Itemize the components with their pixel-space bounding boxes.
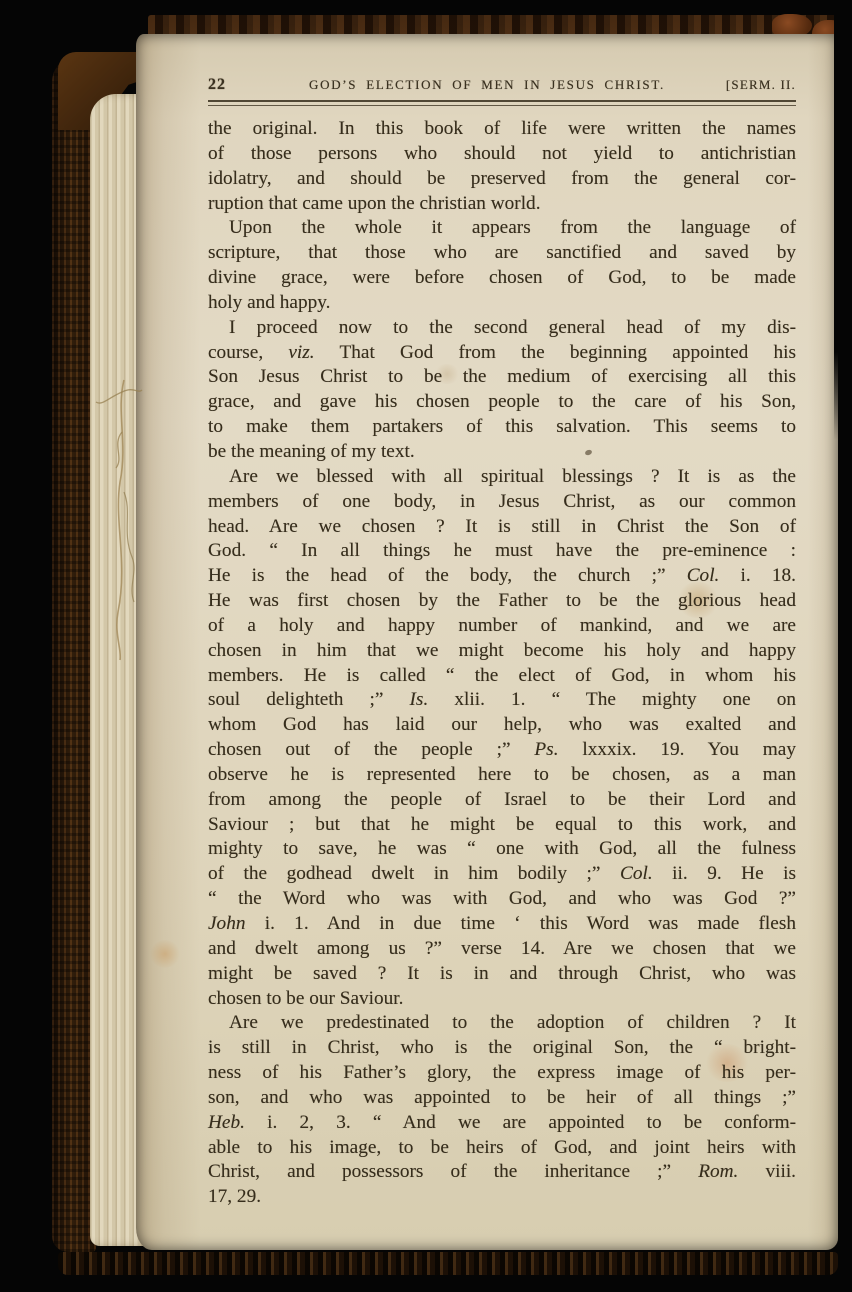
- page-header: 22 GOD’S ELECTION OF MEN IN JESUS CHRIST…: [208, 76, 796, 94]
- text-line: members of one body, in Jesus Christ, as…: [208, 490, 796, 515]
- text-line: from among the people of Israel to be th…: [208, 788, 796, 813]
- text-line: chosen out of the people ;” Ps. lxxxix. …: [208, 738, 796, 763]
- text-line: of those persons who should not yield to…: [208, 142, 796, 167]
- text-line: to make them partakers of this salvation…: [208, 415, 796, 440]
- text-line: members. He is called “ the elect of God…: [208, 664, 796, 689]
- book-page: 22 GOD’S ELECTION OF MEN IN JESUS CHRIST…: [136, 34, 838, 1250]
- text-line: and dwelt among us ?” verse 14. Are we c…: [208, 937, 796, 962]
- text-line: soul delighteth ;” Is. xlii. 1. “ The mi…: [208, 688, 796, 713]
- text-line: chosen in him that we might become his h…: [208, 639, 796, 664]
- text-line: the original. In this book of life were …: [208, 117, 796, 142]
- page-body: the original. In this book of life were …: [208, 117, 796, 1210]
- text-line: of a holy and happy number of mankind, a…: [208, 614, 796, 639]
- text-line: idolatry, and should be preserved from t…: [208, 167, 796, 192]
- text-line: whom God has laid our help, who was exal…: [208, 713, 796, 738]
- text-line: mighty to save, he was “ one with God, a…: [208, 837, 796, 862]
- text-line: grace, and gave his chosen people to the…: [208, 390, 796, 415]
- text-line: Son Jesus Christ to be the medium of exe…: [208, 365, 796, 390]
- text-line: 17, 29.: [208, 1185, 796, 1210]
- text-line: able to his image, to be heirs of God, a…: [208, 1136, 796, 1161]
- text-line: Saviour ; but that he might be equal to …: [208, 813, 796, 838]
- text-line: observe he is represented here to be cho…: [208, 763, 796, 788]
- book-photo: 22 GOD’S ELECTION OF MEN IN JESUS CHRIST…: [0, 0, 852, 1292]
- text-line: ness of his Father’s glory, the express …: [208, 1061, 796, 1086]
- text-line: course, viz. That God from the beginning…: [208, 341, 796, 366]
- text-line: I proceed now to the second general head…: [208, 316, 796, 341]
- text-line: is still in Christ, who is the original …: [208, 1036, 796, 1061]
- binding-threads: [94, 372, 146, 662]
- text-line: ruption that came upon the christian wor…: [208, 192, 796, 217]
- section-label: [SERM. II.: [696, 77, 796, 93]
- text-line: Are we blessed with all spiritual blessi…: [208, 465, 796, 490]
- text-line: Upon the whole it appears from the langu…: [208, 216, 796, 241]
- text-line: God. “ In all things he must have the pr…: [208, 539, 796, 564]
- text-line: “ the Word who was with God, and who was…: [208, 887, 796, 912]
- text-line: of the godhead dwelt in him bodily ;” Co…: [208, 862, 796, 887]
- text-line: holy and happy.: [208, 291, 796, 316]
- text-line: be the meaning of my text.: [208, 440, 796, 465]
- page-number: 22: [208, 76, 278, 94]
- text-line: chosen to be our Saviour.: [208, 987, 796, 1012]
- text-line: head. Are we chosen ? It is still in Chr…: [208, 515, 796, 540]
- running-title: GOD’S ELECTION OF MEN IN JESUS CHRIST.: [278, 77, 696, 93]
- text-line: He was first chosen by the Father to be …: [208, 589, 796, 614]
- text-line: scripture, that those who are sanctified…: [208, 241, 796, 266]
- foxing-stain: [150, 940, 180, 968]
- text-line: He is the head of the body, the church ;…: [208, 564, 796, 589]
- text-line: Christ, and possessors of the inheritanc…: [208, 1160, 796, 1185]
- book-cover-bottom-edge: [58, 1252, 838, 1275]
- shadow-overlay: [834, 0, 852, 440]
- text-line: son, and who was appointed to be heir of…: [208, 1086, 796, 1111]
- text-line: John i. 1. And in due time ‘ this Word w…: [208, 912, 796, 937]
- text-line: Heb. i. 2, 3. “ And we are appointed to …: [208, 1111, 796, 1136]
- text-line: divine grace, were before chosen of God,…: [208, 266, 796, 291]
- double-rule: [208, 100, 796, 106]
- text-line: Are we predestinated to the adoption of …: [208, 1011, 796, 1036]
- text-line: might be saved ? It is in and through Ch…: [208, 962, 796, 987]
